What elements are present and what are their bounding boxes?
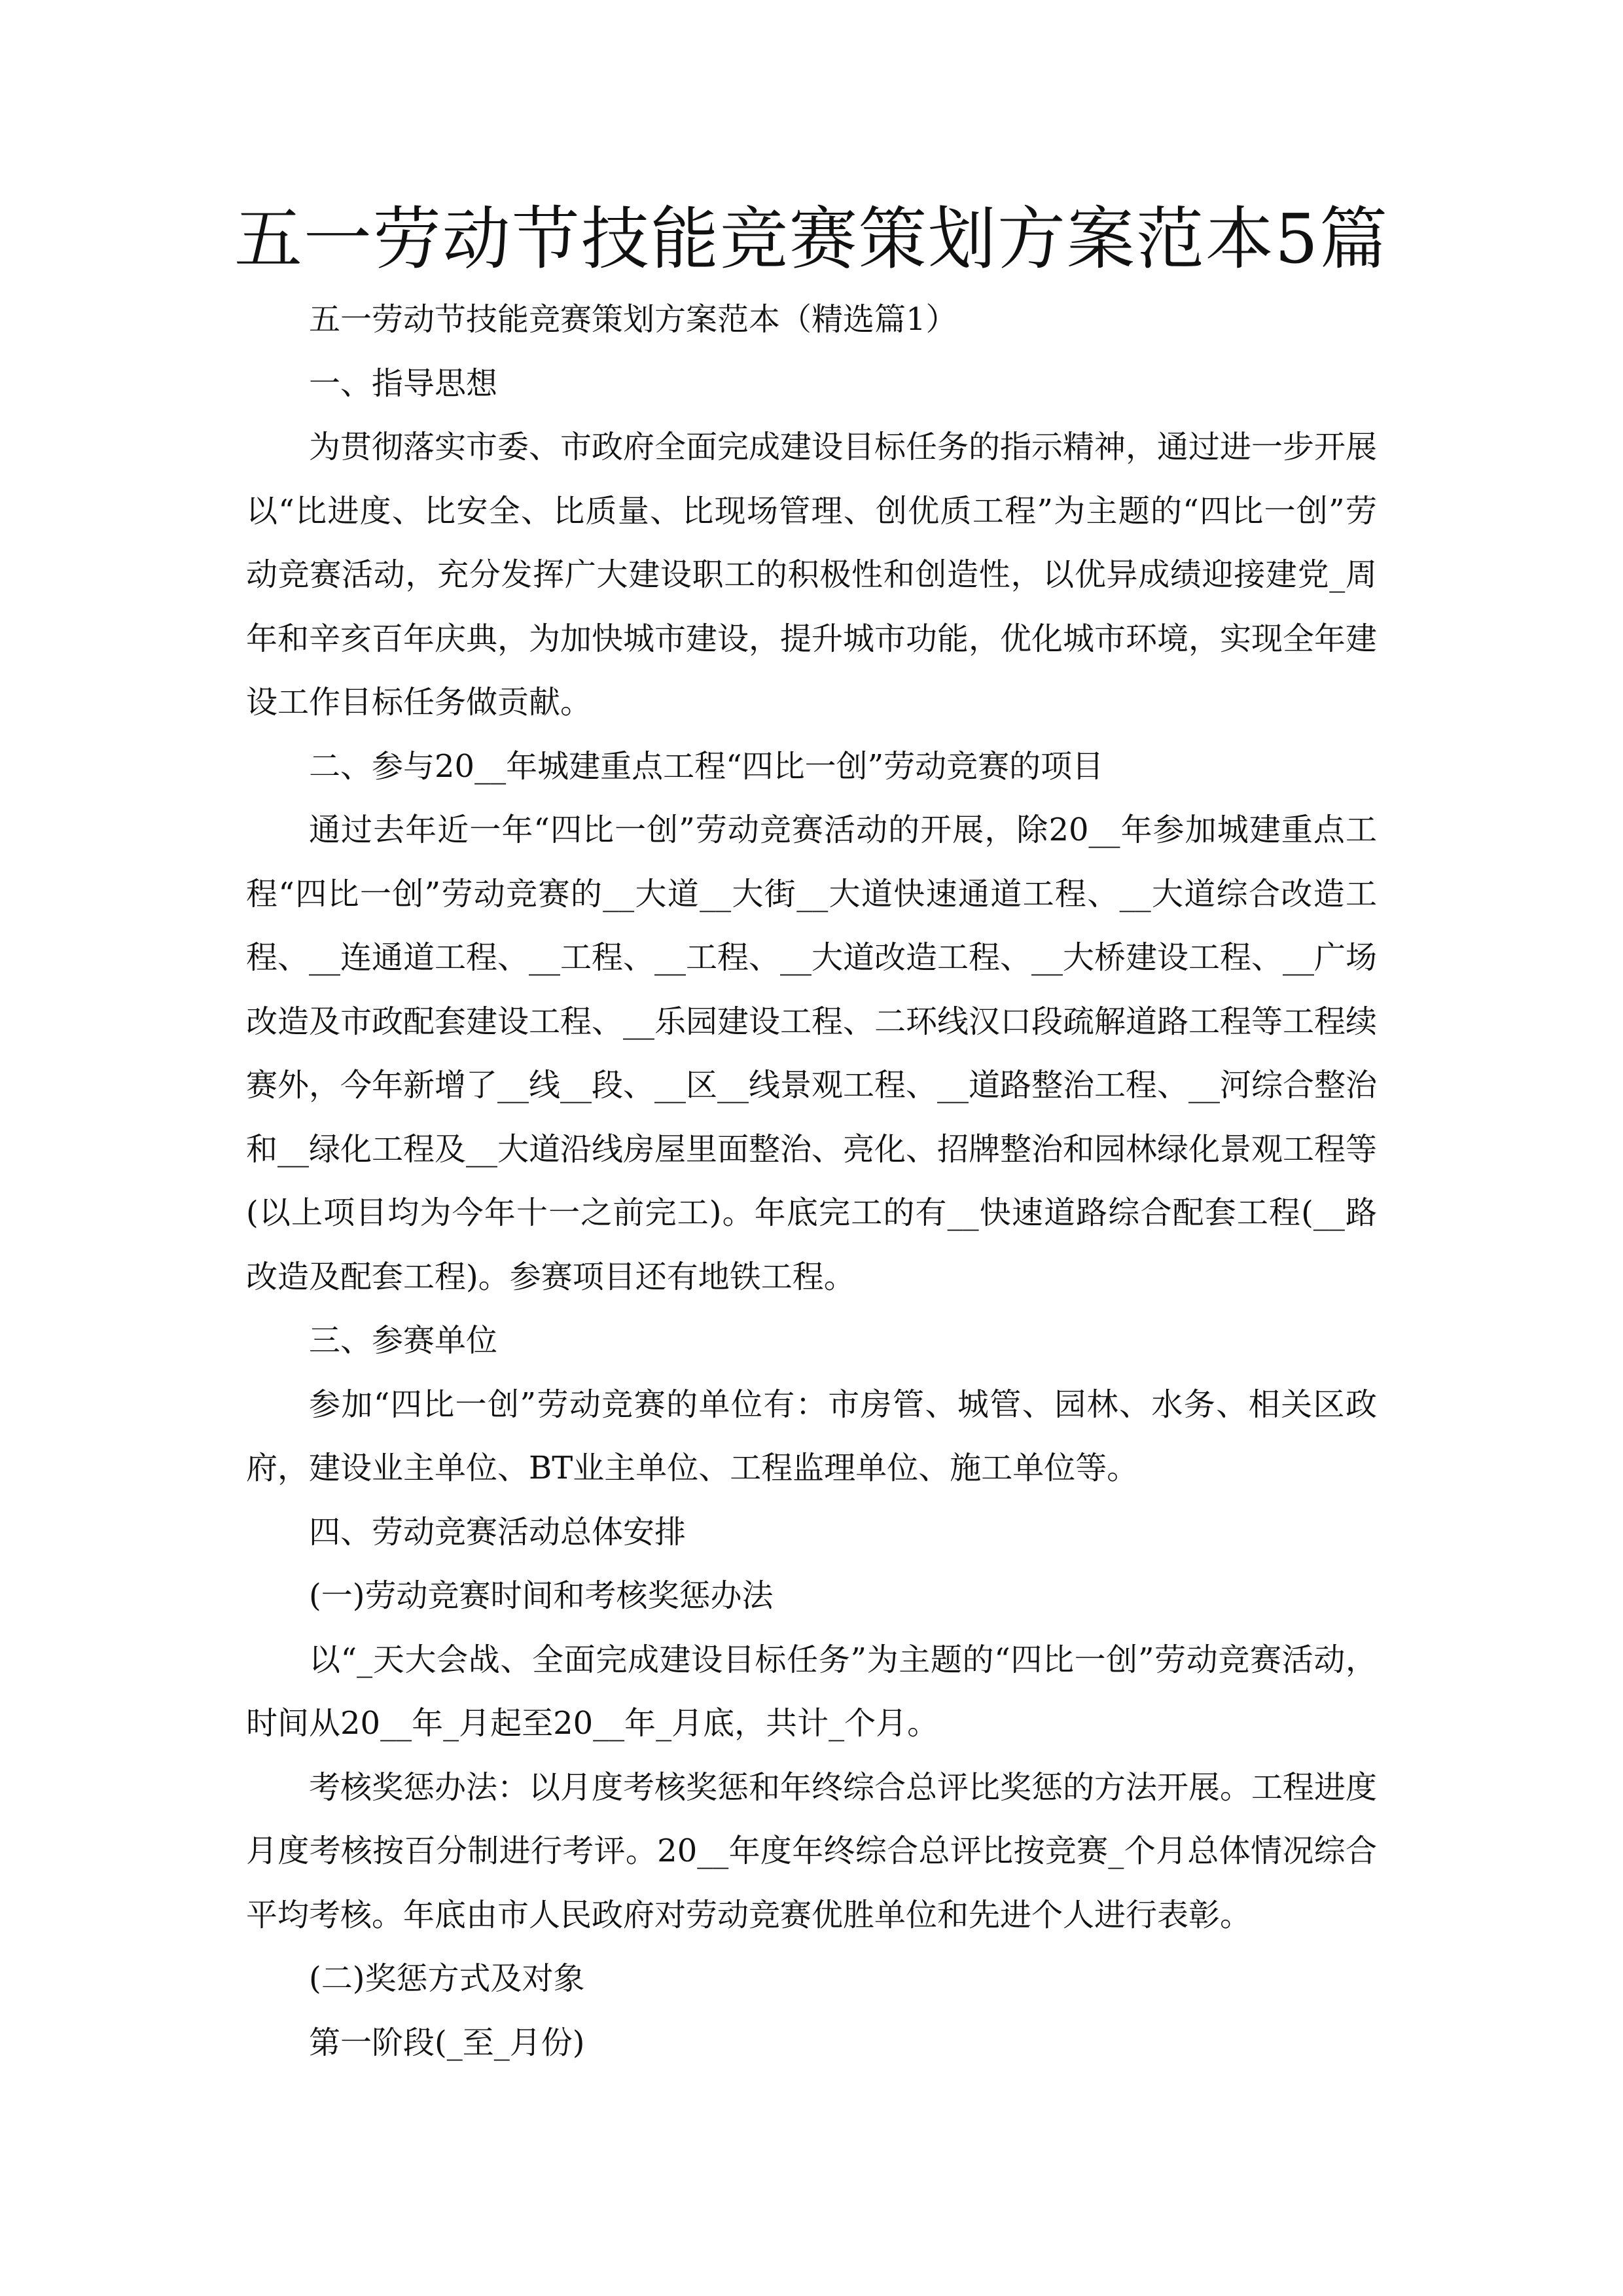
document-page: 五一劳动节技能竞赛策划方案范本5篇 五一劳动节技能竞赛策划方案范本（精选篇1） … xyxy=(0,0,1623,2296)
heading-arrangement: 四、劳动竞赛活动总体安排 xyxy=(246,1501,1377,1565)
paragraph-guiding-ideology: 为贯彻落实市委、市政府全面完成建设目标任务的指示精神，通过进一步开展以“比进度、… xyxy=(246,416,1377,735)
paragraph-assessment: 考核奖惩办法：以月度考核奖惩和年终综合总评比奖惩的方法开展。工程进度月度考核按百… xyxy=(246,1756,1377,1948)
paragraph-projects: 通过去年近一年“四比一创”劳动竞赛活动的开展，除20__年参加城建重点工程“四比… xyxy=(246,798,1377,1309)
section-subtitle: 五一劳动节技能竞赛策划方案范本（精选篇1） xyxy=(246,288,1377,352)
heading-projects: 二、参与20__年城建重点工程“四比一创”劳动竞赛的项目 xyxy=(246,735,1377,799)
document-body: 五一劳动节技能竞赛策划方案范本（精选篇1） 一、指导思想 为贯彻落实市委、市政府… xyxy=(246,288,1377,2075)
subheading-stage-one: 第一阶段(_至_月份) xyxy=(246,2011,1377,2075)
paragraph-participants: 参加“四比一创”劳动竞赛的单位有：市房管、城管、园林、水务、相关区政府，建设业主… xyxy=(246,1373,1377,1501)
heading-guiding-ideology: 一、指导思想 xyxy=(246,352,1377,416)
subheading-time-and-assessment: (一)劳动竞赛时间和考核奖惩办法 xyxy=(246,1564,1377,1628)
paragraph-time: 以“_天大会战、全面完成建设目标任务”为主题的“四比一创”劳动竞赛活动，时间从2… xyxy=(246,1628,1377,1756)
subheading-rewards: (二)奖惩方式及对象 xyxy=(246,1947,1377,2011)
document-title: 五一劳动节技能竞赛策划方案范本5篇 xyxy=(0,196,1623,281)
heading-participants: 三、参赛单位 xyxy=(246,1309,1377,1373)
